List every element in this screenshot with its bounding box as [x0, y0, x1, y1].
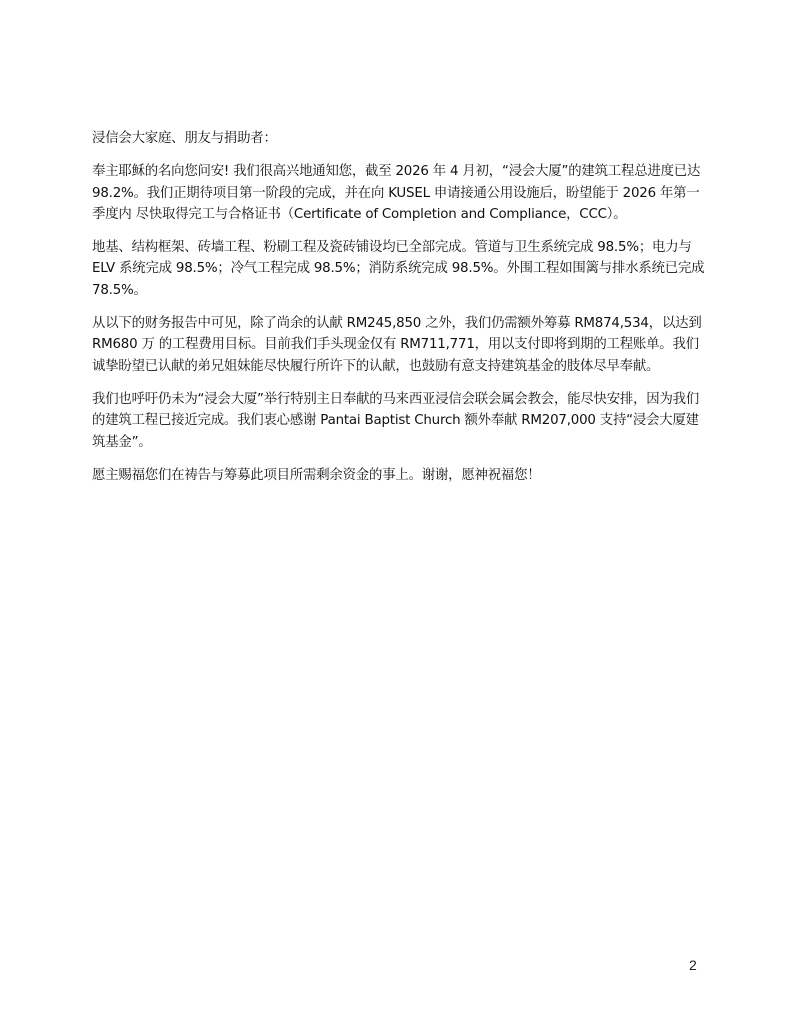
- letter-body: 浸信会大家庭、朋友与捐助者： 奉主耶稣的名向您问安! 我们很高兴地通知您，截至 …: [92, 128, 712, 498]
- paragraph-progress: 奉主耶稣的名向您问安! 我们很高兴地通知您，截至 2026 年 4 月初，“浸会…: [92, 161, 712, 225]
- document-page: 浸信会大家庭、朋友与捐助者： 奉主耶稣的名向您问安! 我们很高兴地通知您，截至 …: [0, 0, 791, 1024]
- paragraph-finance: 从以下的财务报告中可见，除了尚余的认献 RM245,850 之外，我们仍需额外筹…: [92, 313, 712, 377]
- paragraph-appeal: 我们也呼吁仍未为“浸会大厦”举行特别主日奉献的马来西亚浸信会联会属会教会，能尽快…: [92, 389, 712, 453]
- letter-greeting: 浸信会大家庭、朋友与捐助者：: [92, 128, 712, 149]
- paragraph-systems: 地基、结构框架、砖墙工程、粉刷工程及瓷砖铺设均已全部完成。管道与卫生系统完成 9…: [92, 237, 712, 301]
- paragraph-blessing: 愿主赐福您们在祷告与筹募此项目所需剩余资金的事上。谢谢，愿神祝福您！: [92, 465, 712, 486]
- page-number: 2: [689, 957, 697, 973]
